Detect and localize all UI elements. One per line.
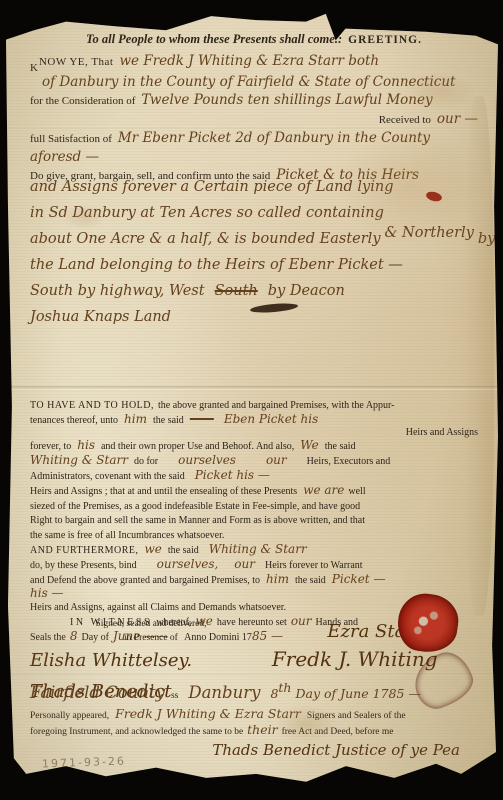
text-segment: do, by these Presents, bind <box>30 560 137 571</box>
text-segment: Administrators, covenant with the said <box>30 471 185 482</box>
text-line: foregoing Instrument, and acknowledged t… <box>30 723 478 739</box>
text-line: aforesd — <box>30 148 478 166</box>
text-segment: aforesd — <box>30 149 99 165</box>
text-segment: Twelve Pounds ten shillings Lawful Money <box>141 92 432 108</box>
text-segment: we are <box>303 483 344 497</box>
text-segment: and Defend the above granted and bargain… <box>30 575 260 586</box>
text-segment: ourselves <box>178 453 236 467</box>
text-segment: Whiting & Starr <box>30 453 128 467</box>
text-segment: Signed, sealed and delivered, <box>95 619 206 629</box>
text-segment: Signers and Sealers of the <box>307 711 406 721</box>
text-line: TO HAVE AND TO HOLD,the above granted an… <box>30 398 478 413</box>
text-segment: we <box>145 542 162 556</box>
text-segment: his — <box>30 586 64 600</box>
land-description-paragraph: and Assigns forever a Certain piece of L… <box>30 174 478 330</box>
text-segment: and their own proper Use and Behoof. And… <box>101 441 294 452</box>
text-line: Joshua Knaps Land <box>30 304 478 330</box>
acknowledgment-paragraph: Fairfield CountyssDanbury8thDay of June … <box>30 682 478 762</box>
text-segment: do for <box>134 456 158 467</box>
text-line: AND FURTHERMORE,wethe saidWhiting & Star… <box>30 543 478 558</box>
opening-paragraph: KNOW YE, Thatwe Fredk J Whiting & Ezra S… <box>30 52 478 185</box>
text-line: Right to bargain and sell the same in Ma… <box>30 513 478 528</box>
text-segment: in Presence of <box>124 633 178 643</box>
text-segment: foregoing Instrument, and acknowledged t… <box>30 727 243 737</box>
text-segment: Elisha Whittelsey. <box>30 650 192 671</box>
text-line: Administrators, covenant with the saidPi… <box>30 469 478 484</box>
text-segment: the said <box>325 441 356 452</box>
photo-background: To all People to whom these Presents sha… <box>0 0 503 800</box>
text-segment: Mr Ebenr Picket 2d of Danbury in the Cou… <box>118 130 430 146</box>
text-segment: South <box>215 283 258 299</box>
text-segment: K <box>30 62 39 74</box>
text-segment: Fairfield County <box>30 683 165 702</box>
text-line: Heirs and Assigns ; that at and until th… <box>30 484 478 499</box>
text-line: South by highway, WestSouthby Deacon <box>30 278 478 304</box>
text-line: Received toour — <box>30 110 478 129</box>
text-segment: the said <box>168 545 199 556</box>
text-segment: Heirs forever to Warrant <box>265 560 363 571</box>
text-segment: tenances thereof, unto <box>30 415 118 426</box>
text-segment: our <box>266 453 287 467</box>
text-segment: Heirs, Executors and <box>307 456 391 467</box>
text-line: KNOW YE, Thatwe Fredk J Whiting & Ezra S… <box>30 52 478 73</box>
text-line: Ezra Starr <box>272 618 478 646</box>
text-line: Fredk J. Whiting <box>272 646 478 675</box>
text-segment: Personally appeared, <box>30 711 109 721</box>
text-line: the Land belonging to the Heirs of Ebenr… <box>30 252 478 278</box>
text-line: his — <box>30 587 478 600</box>
text-line: Signed, sealed and delivered, <box>30 616 272 630</box>
text-segment: for the Consideration of <box>30 95 135 107</box>
text-segment: siezed of the Premises, as a good indefe… <box>30 501 360 512</box>
text-segment: him <box>124 412 147 426</box>
text-line: and Defend the above granted and bargain… <box>30 573 478 588</box>
text-segment: in Sd Danbury at Ten Acres so called con… <box>30 205 384 221</box>
text-line: of Danbury in the County of Fairfield & … <box>42 73 478 91</box>
text-segment: Day of June 1785 — <box>295 686 420 701</box>
text-line: Personally appeared,Fredk J Whiting & Ez… <box>30 707 478 723</box>
fold-crease <box>6 386 498 390</box>
text-segment: GREETING. <box>348 34 422 46</box>
text-line: in Sd Danbury at Ten Acres so called con… <box>30 200 478 226</box>
document-header: To all People to whom these Presents sha… <box>30 30 478 48</box>
text-segment: & Northerly <box>385 225 474 241</box>
text-segment: by Deacon <box>268 283 345 299</box>
text-segment: we Fredk J Whiting & Ezra Starr both <box>120 53 380 69</box>
text-line: for the Consideration ofTwelve Pounds te… <box>30 91 478 110</box>
text-segment: the said <box>295 575 326 586</box>
text-line: Heirs and Assigns, against all Claims an… <box>30 600 478 615</box>
text-segment: forever, to <box>30 441 71 452</box>
text-segment: TO HAVE AND TO HOLD, <box>30 400 154 411</box>
text-segment: Ezra Starr <box>327 621 422 642</box>
text-segment: Danbury <box>188 683 260 702</box>
text-segment: the Land belonging to the Heirs of Ebenr… <box>30 257 403 273</box>
accession-number: 1971-93-26 <box>42 755 126 771</box>
text-line: do, by these Presents, bindourselves,our… <box>30 558 478 573</box>
text-segment: Whiting & Starr <box>209 542 307 556</box>
text-segment: free Act and Deed, before me <box>282 727 394 737</box>
text-segment: ss <box>171 691 178 701</box>
text-line: Elisha Whittelsey. <box>30 648 272 675</box>
text-segment: the above granted and bargained Premises… <box>158 400 395 411</box>
text-segment: full Satisfaction of <box>30 133 112 145</box>
text-segment: their <box>247 722 277 737</box>
text-line: about One Acre & a half, & is bounded Ea… <box>30 226 478 252</box>
text-segment: the said <box>153 415 184 426</box>
text-segment: of Danbury in the County of Fairfield & … <box>42 74 455 90</box>
text-segment: the same is free of all Incumbrances wha… <box>30 530 224 541</box>
text-segment: Joshua Knaps Land <box>30 309 171 325</box>
text-segment: NOW YE, That <box>39 56 114 68</box>
text-segment: —— <box>190 412 214 426</box>
text-segment: our <box>234 557 255 571</box>
text-line: Whiting & Starrdo forourselvesourHeirs, … <box>30 454 478 469</box>
text-segment: AND FURTHERMORE, <box>30 545 139 556</box>
text-segment: South by highway, West <box>30 283 205 299</box>
text-segment: Thads Benedict Justice of ye Pea <box>212 741 460 759</box>
text-segment: our — <box>437 111 478 127</box>
text-line: in Presence of <box>30 630 272 644</box>
text-segment: Heirs and Assigns ; that at and until th… <box>30 486 297 497</box>
text-segment: Eben Picket his <box>224 412 318 426</box>
text-line: and Assigns forever a Certain piece of L… <box>30 174 478 200</box>
text-segment: about One Acre & a half, & is bounded Ea… <box>30 231 381 247</box>
text-segment: Heirs and Assigns <box>406 427 478 438</box>
text-segment: We <box>300 438 318 452</box>
text-line: siezed of the Premises, as a good indefe… <box>30 499 478 514</box>
text-segment: th <box>278 680 291 695</box>
habendum-paragraph: TO HAVE AND TO HOLD,the above granted an… <box>30 398 478 645</box>
text-segment: Picket his — <box>195 468 270 482</box>
text-segment: ourselves, <box>157 557 219 571</box>
text-segment: his <box>77 438 95 452</box>
text-segment: Fredk J Whiting & Ezra Starr <box>115 706 301 721</box>
text-segment: Heirs and Assigns, against all Claims an… <box>30 602 286 613</box>
text-segment: Right to bargain and sell the same in Ma… <box>30 515 365 526</box>
text-segment: Picket — <box>332 572 386 586</box>
text-line: Fairfield CountyssDanbury8thDay of June … <box>30 682 478 707</box>
text-segment: To all People to whom these Presents sha… <box>86 32 342 46</box>
text-segment: Fredk J. Whiting <box>272 647 438 671</box>
paper-sheet: To all People to whom these Presents sha… <box>6 6 498 788</box>
text-segment: and Assigns forever a Certain piece of L… <box>30 179 393 195</box>
text-segment: by <box>478 231 495 247</box>
text-line: the same is free of all Incumbrances wha… <box>30 528 478 543</box>
text-segment: well <box>348 486 365 497</box>
text-line: forever, tohisand their own proper Use a… <box>30 439 478 454</box>
text-segment: him <box>266 572 289 586</box>
text-segment: Received to <box>379 114 431 126</box>
text-line: To all People to whom these Presents sha… <box>30 30 478 48</box>
text-line: full Satisfaction ofMr Ebenr Picket 2d o… <box>30 129 478 148</box>
attestation-clause: Signed, sealed and delivered,in Presence… <box>30 616 272 644</box>
